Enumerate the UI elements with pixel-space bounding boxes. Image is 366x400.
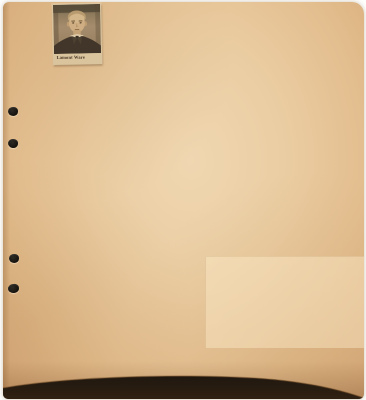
punch-hole xyxy=(8,283,20,293)
punch-hole xyxy=(8,107,18,116)
fade-patch xyxy=(205,256,364,348)
portrait-photo xyxy=(53,4,101,54)
newspaper-clipping: Lamont Ware xyxy=(52,3,102,65)
album-page: Lamont Ware xyxy=(3,2,364,399)
punch-hole xyxy=(9,254,19,263)
photo-caption: Lamont Ware xyxy=(54,54,101,59)
punch-hole xyxy=(7,138,18,148)
black-backing xyxy=(3,367,364,399)
